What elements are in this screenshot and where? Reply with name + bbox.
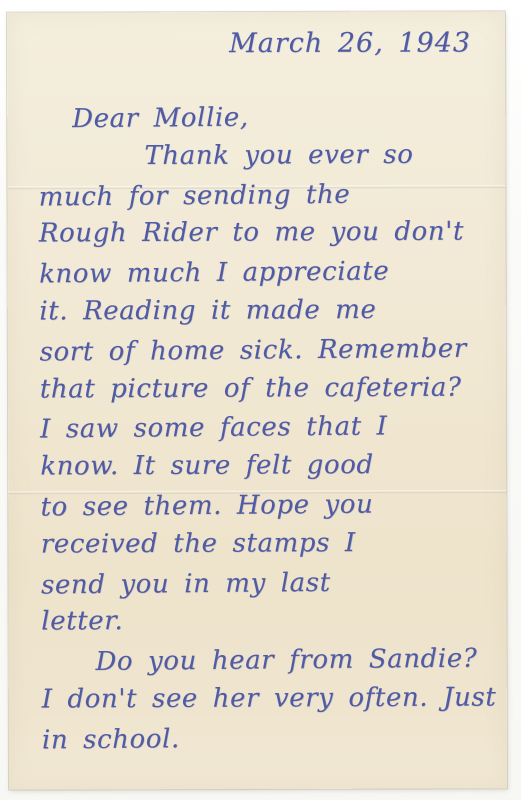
letter-line: send you in my last (35, 562, 497, 605)
salutation: Dear Mollie, (32, 96, 494, 139)
letter-line: Thank you ever so (32, 135, 494, 176)
letter-line: know. It sure felt good (34, 446, 496, 487)
letter-line: much for sending the (32, 174, 494, 217)
scanned-letter-image: March 26, 1943 Dear Mollie, Thank you ev… (0, 0, 521, 800)
letter-body: Dear Mollie, Thank you ever so much for … (32, 97, 498, 759)
letter-paper: March 26, 1943 Dear Mollie, Thank you ev… (7, 11, 507, 789)
letter-line: it. Reading it made me (33, 290, 495, 331)
letter-line: Do you hear from Sandie? (35, 640, 497, 683)
letter-line: in school. (36, 717, 498, 760)
letter-line: to see them. Hope you (34, 484, 496, 527)
letter-date: March 26, 1943 (229, 27, 471, 59)
letter-line: that picture of the cafeteria? (34, 368, 496, 409)
letter-line: I don't see her very often. Just (36, 678, 498, 719)
letter-line: I saw some faces that I (34, 407, 496, 450)
letter-line: Rough Rider to me you don't (33, 213, 495, 254)
letter-line: received the stamps I (35, 523, 497, 564)
letter-line: sort of home sick. Remember (33, 329, 495, 372)
letter-line: letter. (35, 601, 497, 642)
letter-line: know much I appreciate (33, 252, 495, 295)
